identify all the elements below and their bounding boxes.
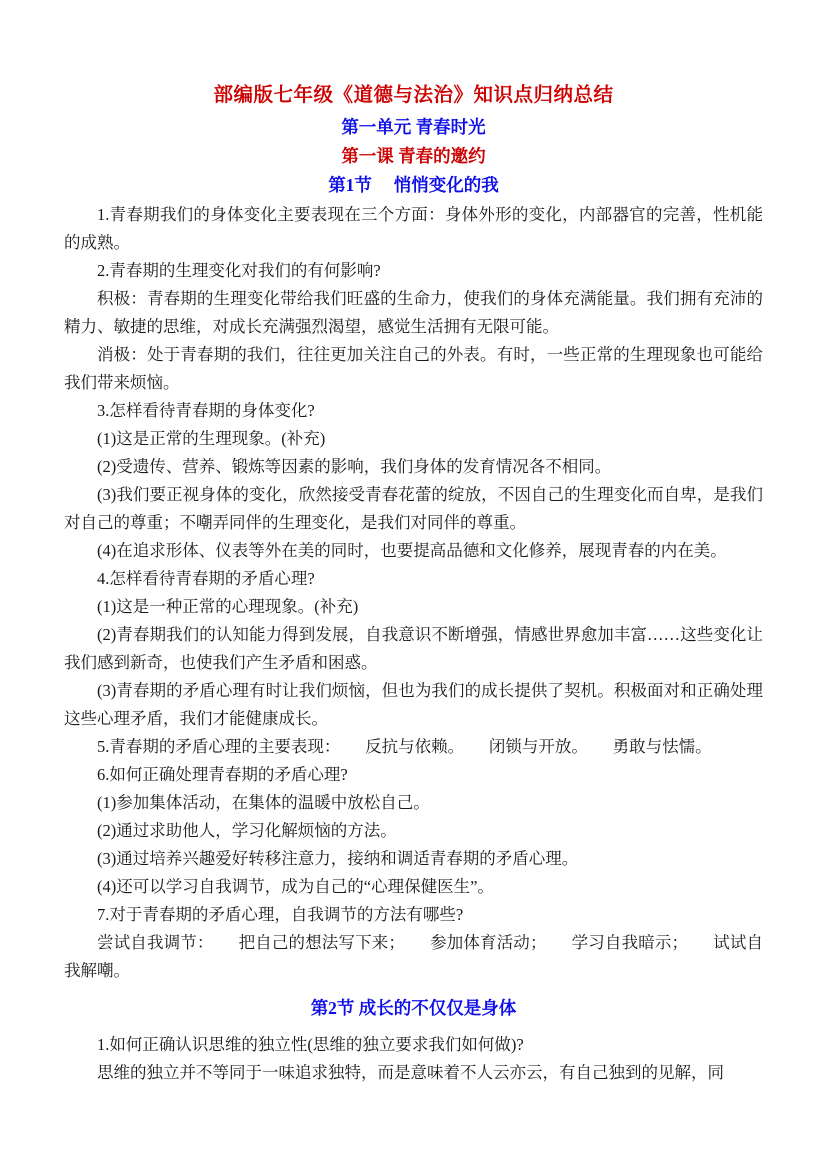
paragraph: 尝试自我调节： 把自己的想法写下来； 参加体育活动； 学习自我暗示； 试试自我解… [64, 929, 763, 985]
paragraph: 5.青春期的矛盾心理的主要表现： 反抗与依赖。 闭锁与开放。 勇敢与怯懦。 [64, 733, 763, 761]
paragraph: 4.怎样看待青春期的矛盾心理? [64, 565, 763, 593]
paragraph: 积极：青春期的生理变化带给我们旺盛的生命力，使我们的身体充满能量。我们拥有充沛的… [64, 285, 763, 341]
paragraph: 思维的独立并不等同于一味追求独特，而是意味着不人云亦云，有自己独到的见解，同 [64, 1059, 763, 1087]
paragraph: 1.青春期我们的身体变化主要表现在三个方面：身体外形的变化，内部器官的完善，性机… [64, 201, 763, 257]
paragraph: (1)这是一种正常的心理现象。(补充) [64, 593, 763, 621]
paragraph: (1)这是正常的生理现象。(补充) [64, 425, 763, 453]
paragraph: (3)青春期的矛盾心理有时让我们烦恼，但也为我们的成长提供了契机。积极面对和正确… [64, 677, 763, 733]
paragraph: 6.如何正确处理青春期的矛盾心理? [64, 761, 763, 789]
section-1-heading: 第1节 悄悄变化的我 [64, 171, 763, 200]
paragraph: (2)受遗传、营养、锻炼等因素的影响，我们身体的发育情况各不相同。 [64, 453, 763, 481]
document-title: 部编版七年级《道德与法治》知识点归纳总结 [64, 78, 763, 113]
paragraph: 2.青春期的生理变化对我们的有何影响? [64, 257, 763, 285]
paragraph: 7.对于青春期的矛盾心理，自我调节的方法有哪些? [64, 901, 763, 929]
paragraph: (4)还可以学习自我调节，成为自己的“心理保健医生”。 [64, 873, 763, 901]
unit-heading: 第一单元 青春时光 [64, 113, 763, 142]
paragraph: (3)通过培养兴趣爱好转移注意力，接纳和调适青春期的矛盾心理。 [64, 845, 763, 873]
paragraph: 消极：处于青春期的我们，往往更加关注自己的外表。有时，一些正常的生理现象也可能给… [64, 341, 763, 397]
paragraph: 1.如何正确认识思维的独立性(思维的独立要求我们如何做)? [64, 1031, 763, 1059]
section-2-heading: 第2节 成长的不仅仅是身体 [64, 993, 763, 1023]
paragraph: (2)青春期我们的认知能力得到发展，自我意识不断增强，情感世界愈加丰富……这些变… [64, 621, 763, 677]
paragraph: (4)在追求形体、仪表等外在美的同时，也要提高品德和文化修养，展现青春的内在美。 [64, 537, 763, 565]
paragraph: (1)参加集体活动，在集体的温暖中放松自己。 [64, 789, 763, 817]
paragraph: (3)我们要正视身体的变化，欣然接受青春花蕾的绽放，不因自己的生理变化而自卑，是… [64, 481, 763, 537]
lesson-heading: 第一课 青春的邀约 [64, 142, 763, 171]
paragraph: (2)通过求助他人，学习化解烦恼的方法。 [64, 817, 763, 845]
paragraph: 3.怎样看待青春期的身体变化? [64, 397, 763, 425]
document-page: 部编版七年级《道德与法治》知识点归纳总结 第一单元 青春时光 第一课 青春的邀约… [0, 0, 827, 1169]
section-1-body: 1.青春期我们的身体变化主要表现在三个方面：身体外形的变化，内部器官的完善，性机… [64, 201, 763, 985]
section-2-body: 1.如何正确认识思维的独立性(思维的独立要求我们如何做)? 思维的独立并不等同于… [64, 1031, 763, 1087]
